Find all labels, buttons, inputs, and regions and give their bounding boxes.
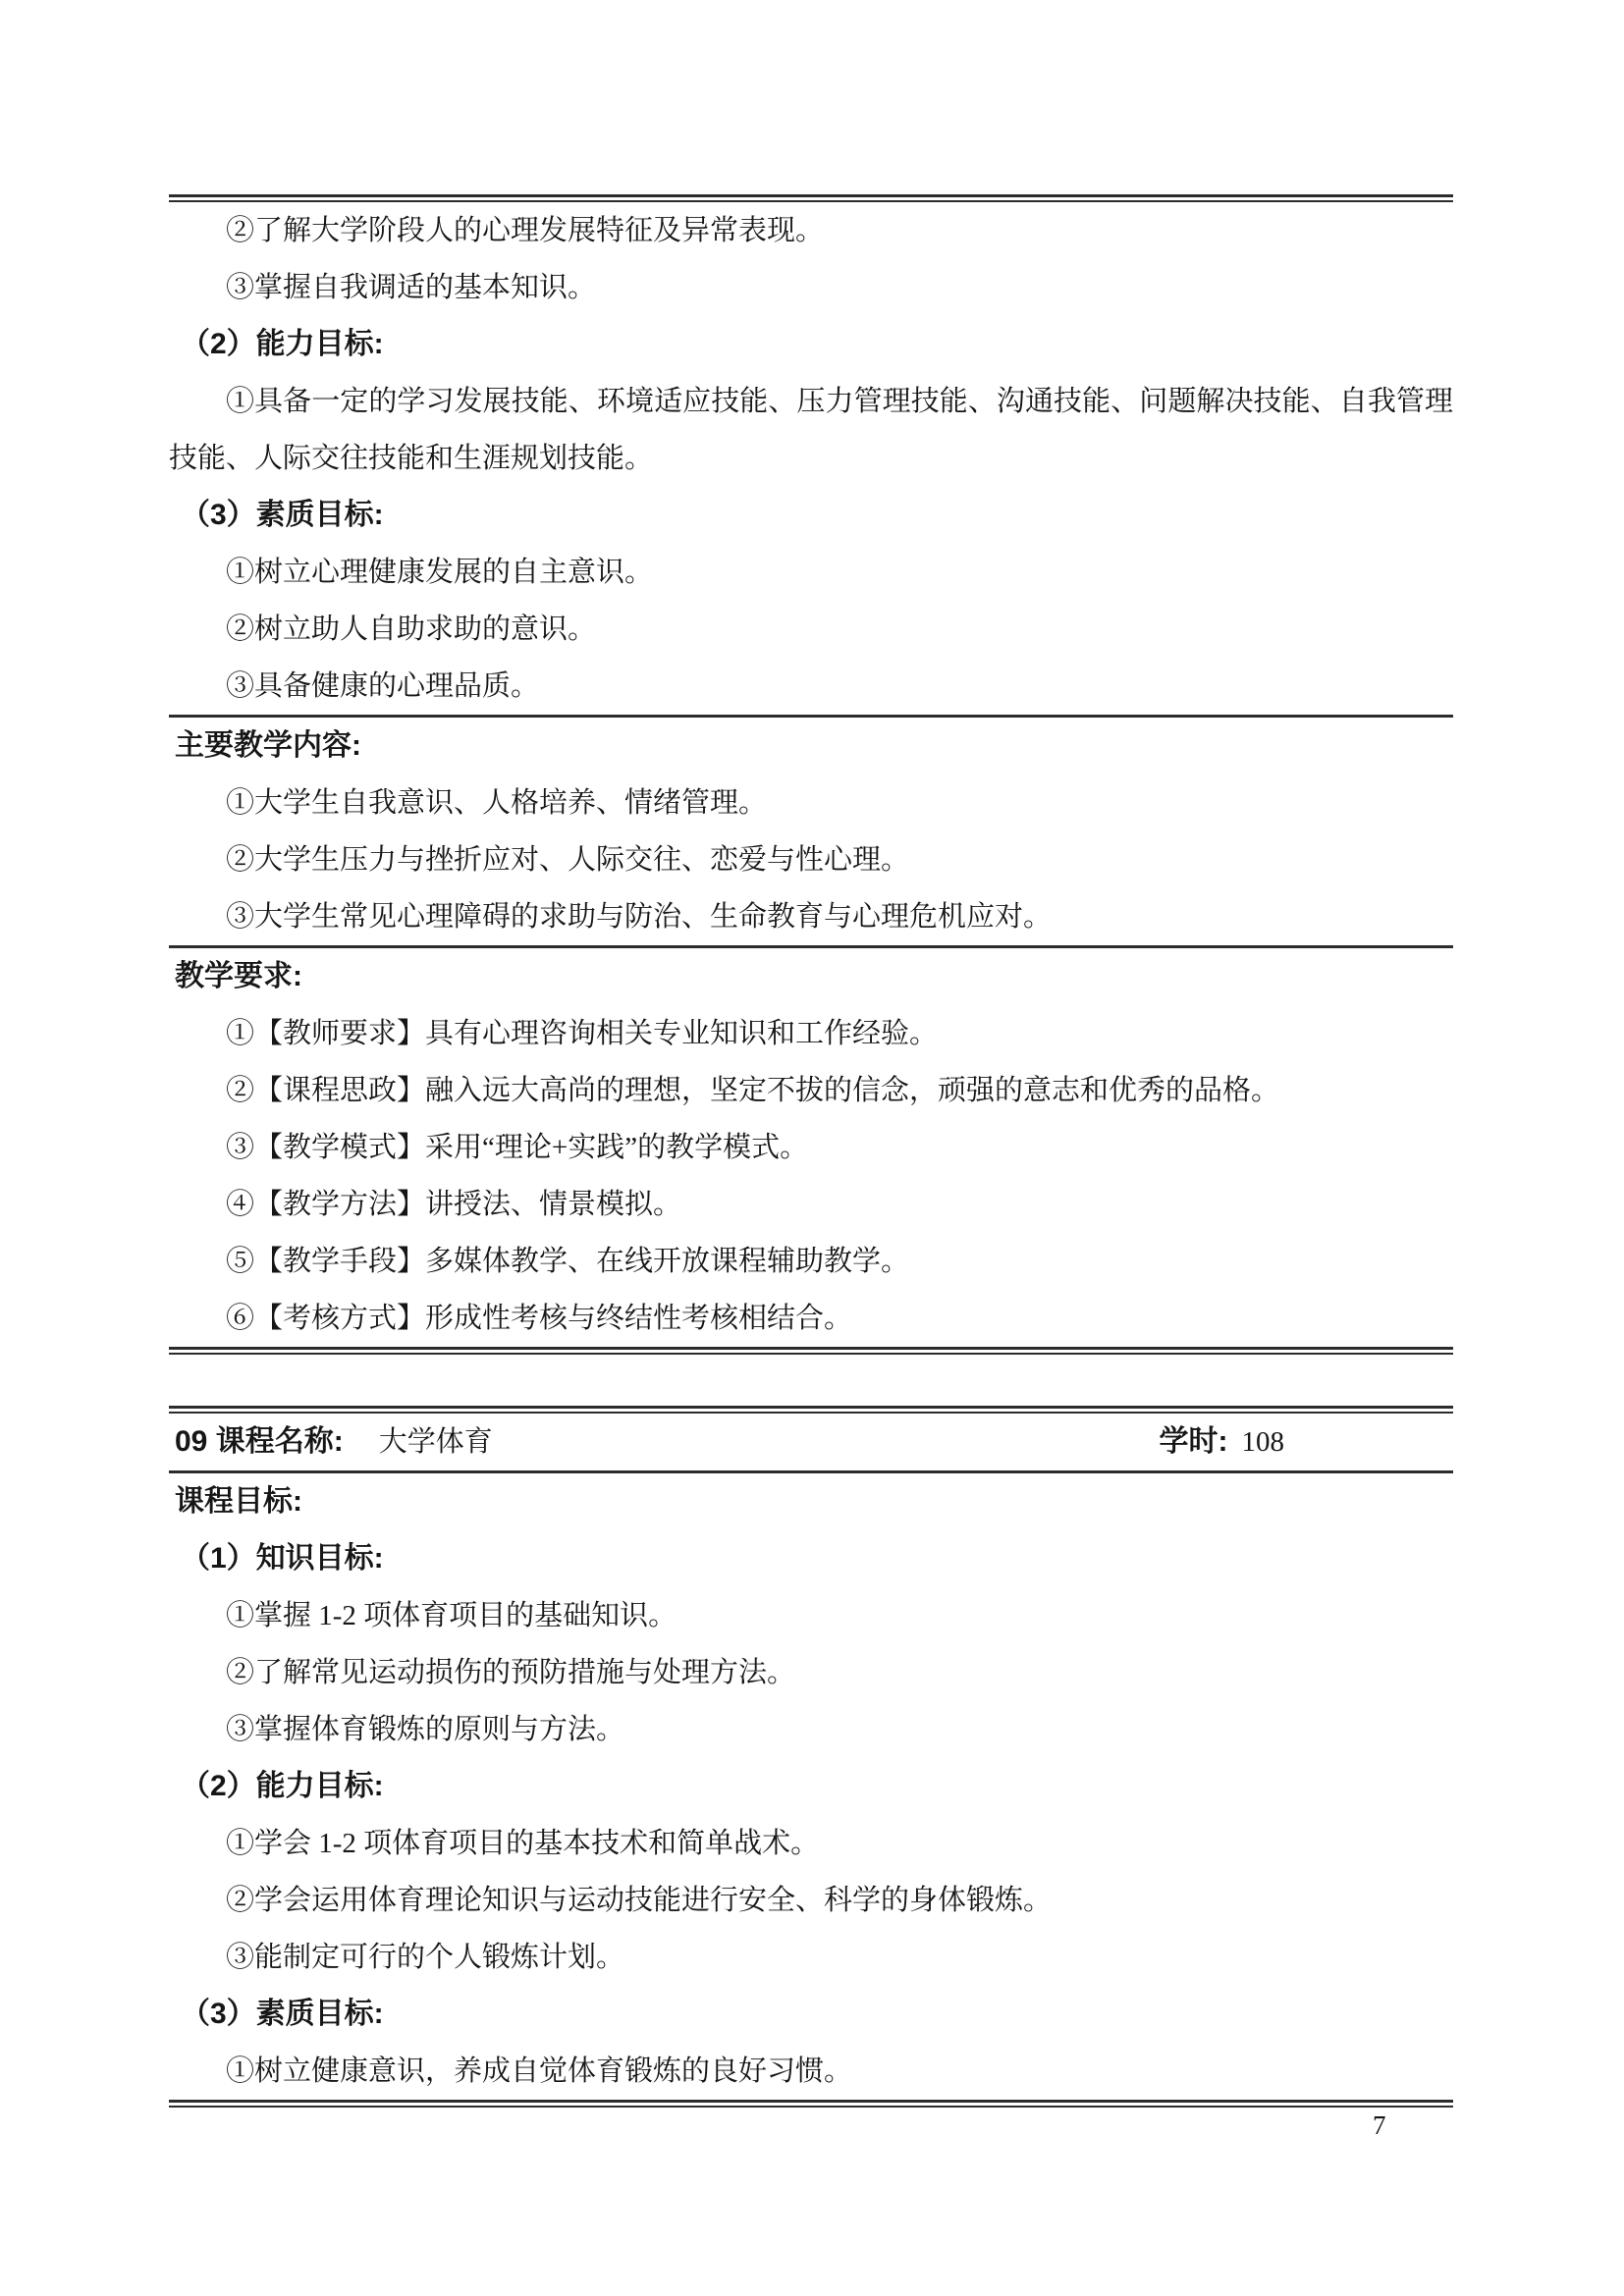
table-gap	[169, 1355, 1453, 1406]
ability-item: ①学会 1-2 项体育项目的基本技术和简单战术。	[169, 1815, 1453, 1872]
hours-value: 108	[1242, 1414, 1285, 1470]
knowledge-item: ①掌握 1-2 项体育项目的基础知识。	[169, 1587, 1453, 1644]
teaching-content-item: ①大学生自我意识、人格培养、情绪管理。	[169, 774, 1453, 831]
teaching-content-item: ③大学生常见心理障碍的求助与防治、生命教育与心理危机应对。	[169, 888, 1453, 945]
table-bottom-rule	[169, 2100, 1453, 2108]
table-top-rule	[169, 1406, 1453, 1414]
teaching-requirement-item: ③【教学模式】采用“理论+实践”的教学模式。	[169, 1119, 1453, 1176]
ability-item: ①具备一定的学习发展技能、环境适应技能、压力管理技能、沟通技能、问题解决技能、自…	[169, 373, 1453, 487]
page-number: 7	[1373, 2110, 1386, 2140]
course-number-label: 09 课程名称:	[175, 1414, 344, 1470]
teaching-requirement-header: 教学要求:	[169, 948, 1453, 1005]
quality-goal-header: （3）素质目标:	[169, 1986, 1453, 2043]
quality-item: ②树立助人自助求助的意识。	[169, 601, 1453, 658]
syllabus-content: ②了解大学阶段人的心理发展特征及异常表现。 ③掌握自我调适的基本知识。 （2）能…	[169, 194, 1453, 2108]
teaching-requirement-item: ④【教学方法】讲授法、情景模拟。	[169, 1176, 1453, 1233]
hours-label: 学时:	[1160, 1414, 1228, 1470]
table-top-rule	[169, 194, 1453, 202]
teaching-requirement-item: ①【教师要求】具有心理咨询相关专业知识和工作经验。	[169, 1005, 1453, 1062]
teaching-requirement-item: ⑤【教学手段】多媒体教学、在线开放课程辅助教学。	[169, 1233, 1453, 1290]
teaching-content-item: ②大学生压力与挫折应对、人际交往、恋爱与性心理。	[169, 831, 1453, 888]
teaching-requirement-item: ②【课程思政】融入远大高尚的理想，坚定不拔的信念，顽强的意志和优秀的品格。	[169, 1062, 1453, 1119]
course-name-group: 09 课程名称: 大学体育	[175, 1414, 493, 1470]
document-page: ②了解大学阶段人的心理发展特征及异常表现。 ③掌握自我调适的基本知识。 （2）能…	[0, 0, 1624, 2296]
course-hours-group: 学时: 108	[1160, 1414, 1285, 1470]
knowledge-item: ②了解常见运动损伤的预防措施与处理方法。	[169, 1644, 1453, 1701]
quality-item: ③具备健康的心理品质。	[169, 658, 1453, 715]
table-bottom-rule	[169, 1347, 1453, 1355]
knowledge-item: ③掌握自我调适的基本知识。	[169, 259, 1453, 316]
ability-goal-header: （2）能力目标:	[169, 1758, 1453, 1815]
knowledge-item: ③掌握体育锻炼的原则与方法。	[169, 1701, 1453, 1758]
teaching-requirement-item: ⑥【考核方式】形成性考核与终结性考核相结合。	[169, 1290, 1453, 1347]
teaching-content-header: 主要教学内容:	[169, 718, 1453, 774]
knowledge-item: ②了解大学阶段人的心理发展特征及异常表现。	[169, 202, 1453, 259]
quality-item: ①树立心理健康发展的自主意识。	[169, 544, 1453, 601]
quality-item: ①树立健康意识，养成自觉体育锻炼的良好习惯。	[169, 2043, 1453, 2100]
course-goal-header: 课程目标:	[169, 1473, 1453, 1530]
knowledge-goal-header: （1）知识目标:	[169, 1530, 1453, 1587]
course-name: 大学体育	[379, 1414, 493, 1470]
course-header-row: 09 课程名称: 大学体育 学时: 108	[169, 1414, 1453, 1470]
ability-item: ③能制定可行的个人锻炼计划。	[169, 1929, 1453, 1986]
ability-item: ②学会运用体育理论知识与运动技能进行安全、科学的身体锻炼。	[169, 1872, 1453, 1929]
ability-goal-header: （2）能力目标:	[169, 316, 1453, 373]
quality-goal-header: （3）素质目标:	[169, 487, 1453, 544]
